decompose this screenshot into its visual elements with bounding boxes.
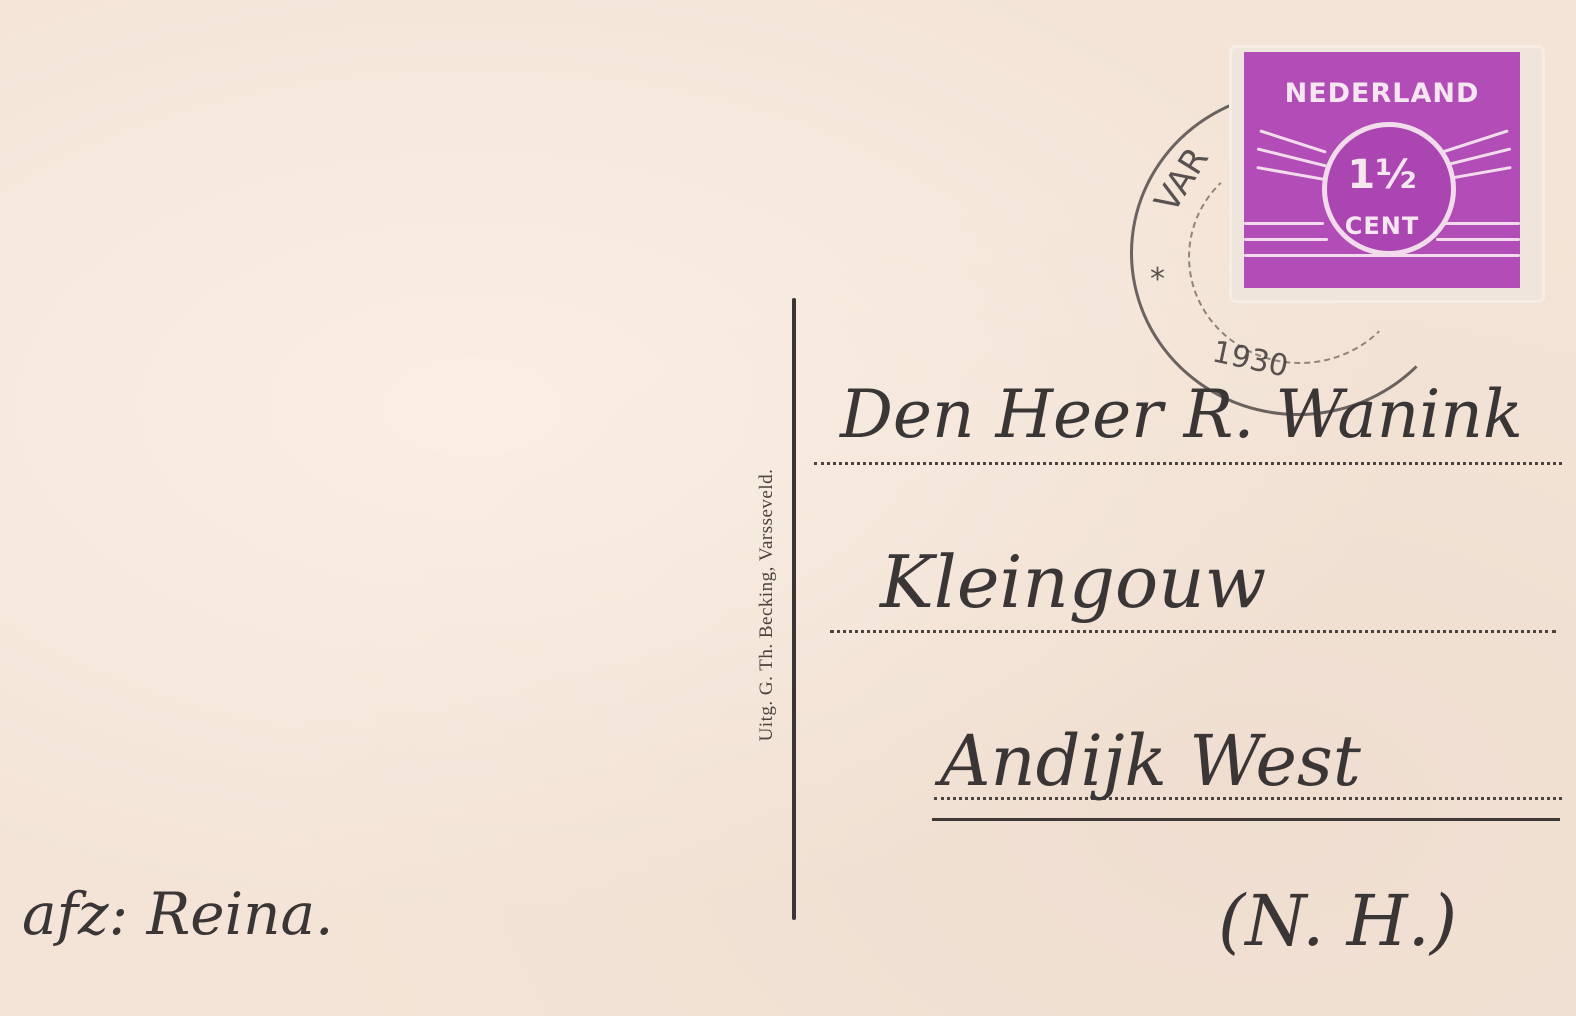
stamp-country: NEDERLAND xyxy=(1244,78,1520,109)
address-town: Andijk West xyxy=(940,720,1361,802)
address-street: Kleingouw xyxy=(880,540,1266,624)
sender-note: afz: Reina. xyxy=(22,880,334,948)
postmark-star-icon: * xyxy=(1150,262,1165,297)
address-line-3-strike xyxy=(932,818,1560,821)
postage-stamp: NEDERLAND 1½ CENT xyxy=(1244,52,1520,288)
address-recipient: Den Heer R. Wanink xyxy=(840,376,1523,453)
stamp-value: 1½ xyxy=(1244,152,1520,198)
postcard-back: Uitg. G. Th. Becking, Varsseveld. VAR * … xyxy=(0,0,1576,1016)
center-divider-line xyxy=(792,298,796,920)
stamp-unit: CENT xyxy=(1244,212,1520,240)
address-line-1-rule xyxy=(814,462,1562,465)
address-province: (N. H.) xyxy=(1218,880,1457,962)
address-line-2-rule xyxy=(830,630,1556,633)
publisher-imprint: Uitg. G. Th. Becking, Varsseveld. xyxy=(752,380,782,830)
publisher-imprint-text: Uitg. G. Th. Becking, Varsseveld. xyxy=(756,469,778,742)
